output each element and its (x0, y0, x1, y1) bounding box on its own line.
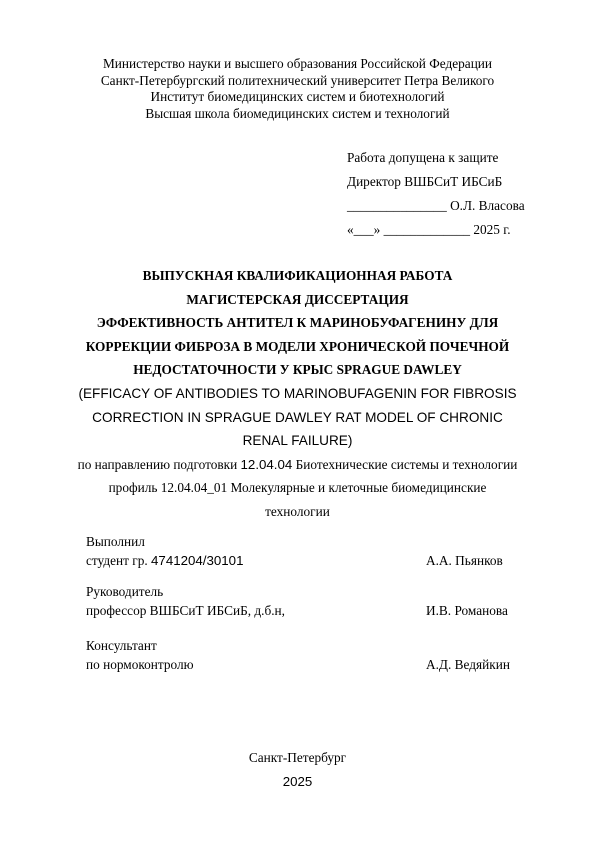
title-page: Министерство науки и высшего образования… (0, 0, 595, 841)
title-en-line-1: (EFFICACY OF ANTIBODIES TO MARINOBUFAGEN… (0, 382, 595, 406)
profile-line-1: профиль 12.04.04_01 Молекулярные и клето… (0, 476, 595, 500)
supervisor-row: профессор ВШБСиТ ИБСиБ, д.б.н, И.В. Рома… (86, 601, 516, 620)
ministry-line: Министерство науки и высшего образования… (0, 56, 595, 73)
consultant-row: по нормоконтролю А.Д. Ведяйкин (86, 655, 516, 674)
signature-supervisor: Руководитель профессор ВШБСиТ ИБСиБ, д.б… (86, 582, 516, 620)
approval-block: Работа допущена к защите Директор ВШБСиТ… (347, 146, 525, 242)
signature-student: Выполнил студент гр. 4741204/30101 А.А. … (86, 532, 516, 570)
student-position: студент гр. 4741204/30101 (86, 551, 243, 570)
supervisor-position: профессор ВШБСиТ ИБСиБ, д.б.н, (86, 601, 285, 620)
student-role: Выполнил (86, 532, 516, 551)
direction-line: по направлению подготовки 12.04.04 Биоте… (0, 453, 595, 477)
approval-date-line: «___» _____________ 2025 г. (347, 218, 525, 242)
signature-blank: _______________ (347, 198, 447, 213)
title-en-line-2: CORRECTION IN SPRAGUE DAWLEY RAT MODEL O… (0, 406, 595, 430)
profile-line-2: технологии (0, 500, 595, 524)
year: 2025 (0, 770, 595, 794)
signature-consultant: Консультант по нормоконтролю А.Д. Ведяйк… (86, 636, 516, 674)
title-ru-line-3: НЕДОСТАТОЧНОСТИ У КРЫС SPRAGUE DAWLEY (0, 358, 595, 382)
footer: Санкт-Петербург 2025 (0, 746, 595, 794)
student-name: А.А. Пьянков (426, 551, 503, 570)
school-line: Высшая школа биомедицинских систем и тех… (0, 106, 595, 123)
direction-code: 12.04.04 (241, 457, 293, 472)
work-type-line: ВЫПУСКНАЯ КВАЛИФИКАЦИОННАЯ РАБОТА (0, 264, 595, 288)
consultant-name: А.Д. Ведяйкин (426, 655, 510, 674)
title-ru-line-1: ЭФФЕКТИВНОСТЬ АНТИТЕЛ К МАРИНОБУФАГЕНИНУ… (0, 311, 595, 335)
student-position-prefix: студент гр. (86, 553, 148, 568)
supervisor-name: И.В. Романова (426, 601, 508, 620)
approval-signature-line: _______________ О.Л. Власова (347, 194, 525, 218)
approval-director: Директор ВШБСиТ ИБСиБ (347, 170, 525, 194)
direction-prefix: по направлению подготовки (78, 457, 238, 472)
university-line: Санкт-Петербургский политехнический унив… (0, 73, 595, 90)
consultant-role: Консультант (86, 636, 516, 655)
date-day-blank: «___» (347, 222, 380, 237)
direction-name: Биотехнические системы и технологии (296, 457, 518, 472)
student-row: студент гр. 4741204/30101 А.А. Пьянков (86, 551, 516, 570)
consultant-position: по нормоконтролю (86, 655, 194, 674)
title-en-line-3: RENAL FAILURE) (0, 429, 595, 453)
degree-type-line: МАГИСТЕРСКАЯ ДИССЕРТАЦИЯ (0, 288, 595, 312)
title-ru-line-2: КОРРЕКЦИИ ФИБРОЗА В МОДЕЛИ ХРОНИЧЕСКОЙ П… (0, 335, 595, 359)
supervisor-role: Руководитель (86, 582, 516, 601)
thesis-title-block: ВЫПУСКНАЯ КВАЛИФИКАЦИОННАЯ РАБОТА МАГИСТ… (0, 264, 595, 524)
date-month-blank: _____________ (384, 222, 470, 237)
institute-line: Институт биомедицинских систем и биотехн… (0, 89, 595, 106)
date-year: 2025 г. (473, 222, 510, 237)
approval-admitted: Работа допущена к защите (347, 146, 525, 170)
city: Санкт-Петербург (0, 746, 595, 770)
institution-header: Министерство науки и высшего образования… (0, 56, 595, 122)
student-group-number: 4741204/30101 (151, 553, 243, 568)
director-name: О.Л. Власова (450, 198, 525, 213)
